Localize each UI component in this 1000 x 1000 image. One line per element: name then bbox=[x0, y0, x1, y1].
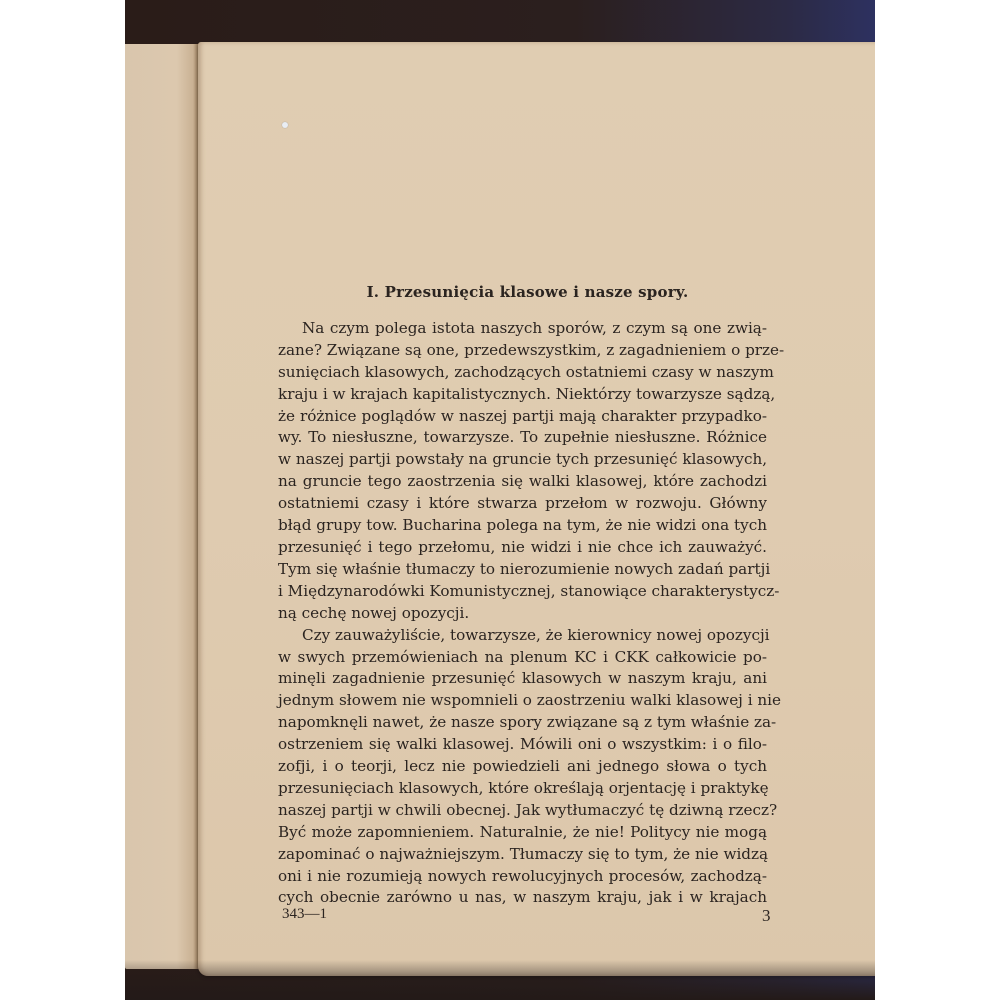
text-line: naszej partji w chwili obecnej. Jak wytł… bbox=[278, 800, 767, 822]
text-line: błąd grupy tow. Bucharina polega na tym,… bbox=[278, 515, 767, 537]
text-line: zapominać o najważniejszym. Tłumaczy się… bbox=[278, 844, 767, 866]
text-line: ną cechę nowej opozycji. bbox=[278, 603, 767, 625]
text-line: sunięciach klasowych, zachodzących ostat… bbox=[278, 362, 767, 384]
text-line: Na czym polega istota naszych sporów, z … bbox=[278, 318, 767, 340]
text-line: Być może zapomnieniem. Naturalnie, że ni… bbox=[278, 822, 767, 844]
text-line: wy. To niesłuszne, towarzysze. To zupełn… bbox=[278, 427, 767, 449]
text-line: oni i nie rozumieją nowych rewolucyjnych… bbox=[278, 866, 767, 888]
text-line: napomknęli nawet, że nasze spory związan… bbox=[278, 712, 767, 734]
text-line: przesunięć i tego przełomu, nie widzi i … bbox=[278, 537, 767, 559]
text-line: ostatniemi czasy i które stwarza przełom… bbox=[278, 493, 767, 515]
text-line: zofji, i o teorji, lecz nie powiedzieli … bbox=[278, 756, 767, 778]
text-line: na gruncie tego zaostrzenia się walki kl… bbox=[278, 471, 767, 493]
page-number: 3 bbox=[762, 906, 771, 926]
text-line: ostrzeniem się walki klasowej. Mówili on… bbox=[278, 734, 767, 756]
book-photo: I. Przesunięcia klasowe i nasze spory. N… bbox=[125, 0, 875, 1000]
text-line: w naszej partji powstały na gruncie tych… bbox=[278, 449, 767, 471]
paper-speck bbox=[282, 122, 288, 128]
text-line: że różnice poglądów w naszej partji mają… bbox=[278, 406, 767, 428]
text-line: w swych przemówieniach na plenum KC i CK… bbox=[278, 647, 767, 669]
signature-mark: 343—1 bbox=[282, 906, 327, 923]
left-page-edge bbox=[125, 44, 199, 969]
text-line: zane? Związane są one, przedewszystkim, … bbox=[278, 340, 767, 362]
chapter-heading: I. Przesunięcia klasowe i nasze spory. bbox=[278, 282, 767, 304]
paragraph-2: Czy zauważyliście, towarzysze, że kierow… bbox=[278, 625, 767, 910]
paragraph-1: Na czym polega istota naszych sporów, z … bbox=[278, 318, 767, 625]
text-line: jednym słowem nie wspomnieli o zaostrzen… bbox=[278, 690, 767, 712]
text-line: i Międzynarodówki Komunistycznej, stanow… bbox=[278, 581, 767, 603]
text-line: przesunięciach klasowych, które określaj… bbox=[278, 778, 767, 800]
text-line: Czy zauważyliście, towarzysze, że kierow… bbox=[278, 625, 767, 647]
text-line: Tym się właśnie tłumaczy to nierozumieni… bbox=[278, 559, 767, 581]
page-text: I. Przesunięcia klasowe i nasze spory. N… bbox=[278, 282, 767, 909]
text-line: cych obecnie zarówno u nas, w naszym kra… bbox=[278, 887, 767, 909]
text-line: minęli zagadnienie przesunięć klasowych … bbox=[278, 668, 767, 690]
book-page: I. Przesunięcia klasowe i nasze spory. N… bbox=[198, 42, 875, 976]
text-line: kraju i w krajach kapitalistycznych. Nie… bbox=[278, 384, 767, 406]
